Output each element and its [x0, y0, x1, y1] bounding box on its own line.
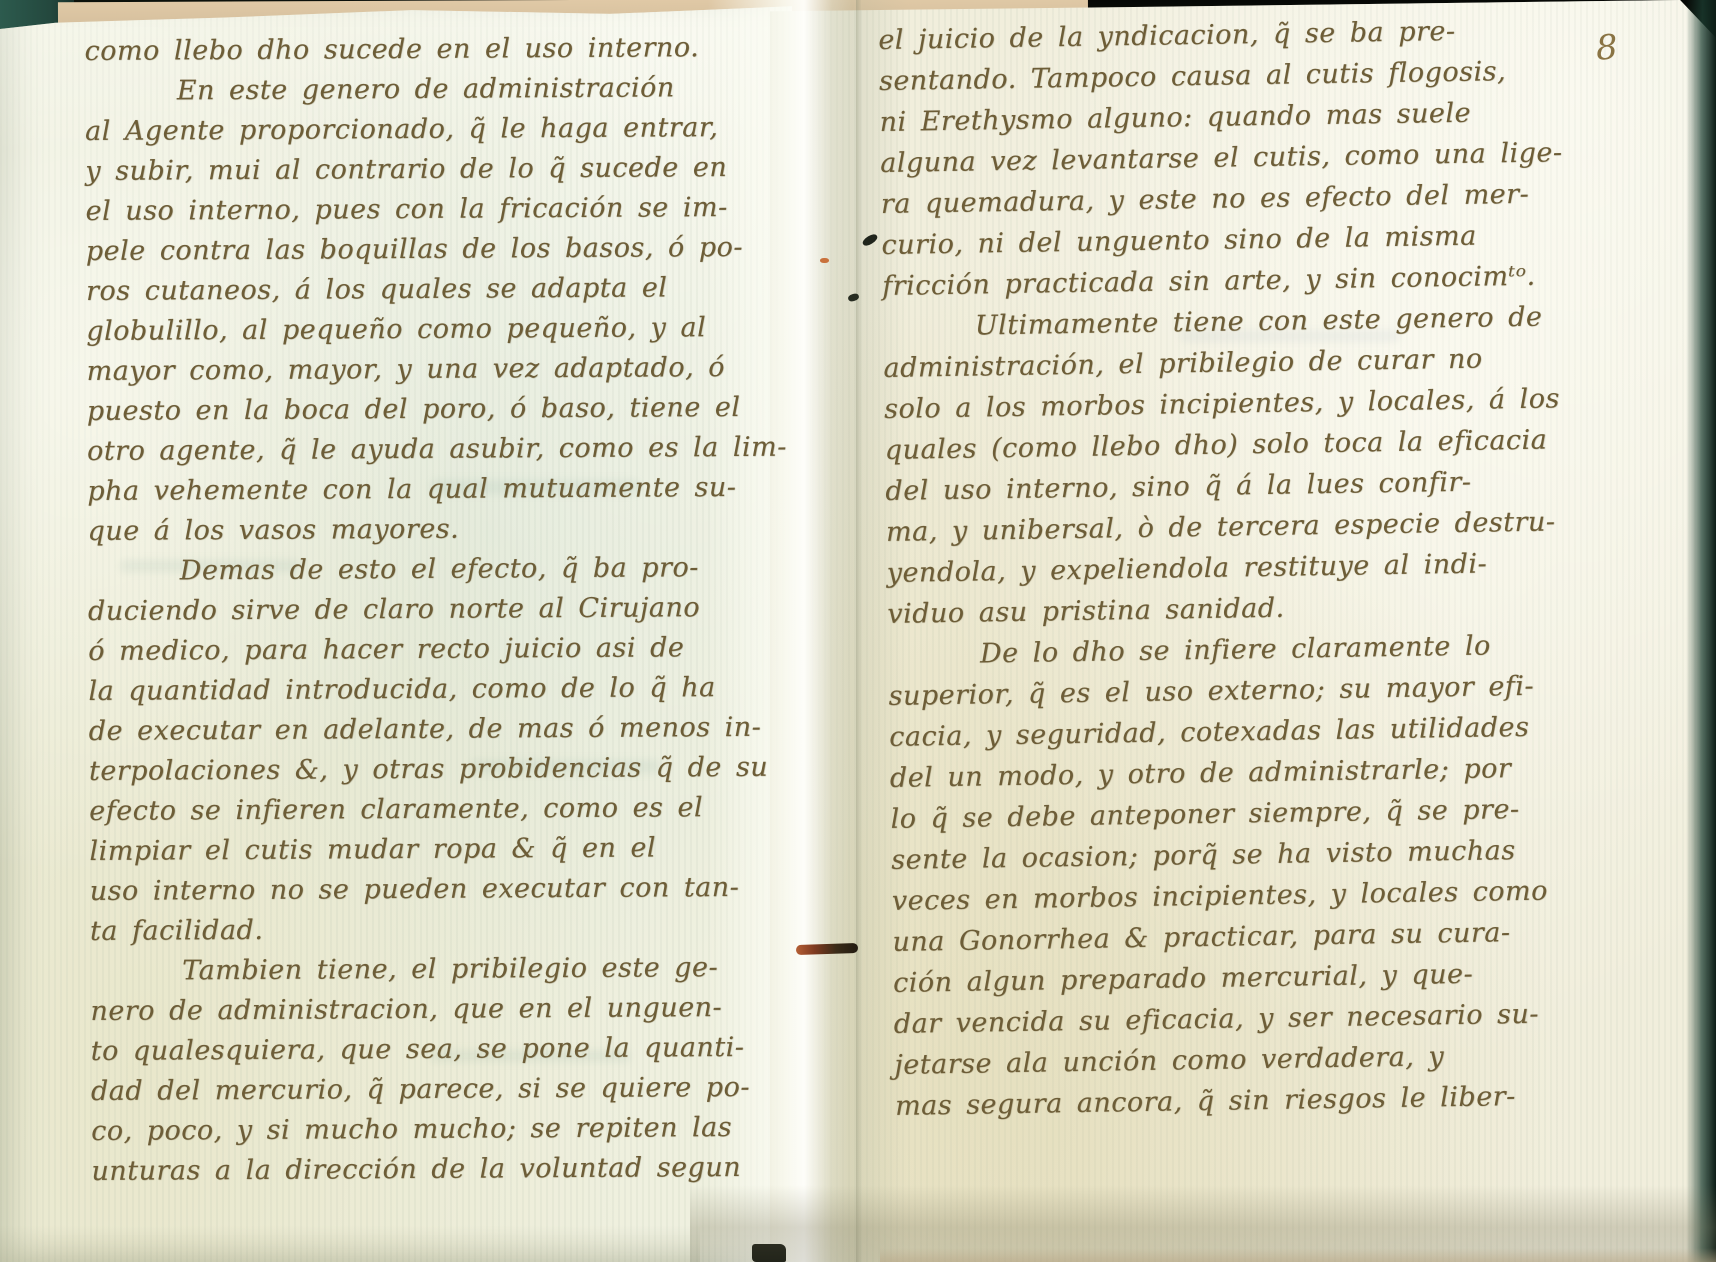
fold-crease — [856, 0, 861, 1262]
manuscript-line: mayor como, mayor, y una vez adaptado, ó — [86, 348, 726, 392]
manuscript-line: al Agente proporcionado, q̃ le haga entr… — [85, 108, 725, 152]
manuscript-line: Tambien tiene, el pribilegio este ge- — [90, 948, 730, 992]
manuscript-line: puesto en la boca del poro, ó baso, tien… — [87, 388, 727, 432]
manuscript-line: duciendo sirve de claro norte al Cirujan… — [88, 588, 728, 632]
manuscript-line: globulillo, al pequeño como pequeño, y a… — [86, 308, 726, 352]
left-page-text: como llebo dho sucede en el uso interno.… — [84, 28, 731, 1192]
manuscript-line: terpolaciones &, y otras probidencias q̃… — [89, 748, 729, 792]
manuscript-line: la quantidad introducida, como de lo q̃ … — [88, 668, 728, 712]
right-page-text: el juicio de la yndicacion, q̃ se ba pre… — [878, 10, 1535, 1127]
ink-smudge — [752, 1244, 786, 1262]
manuscript-line: ros cutaneos, á los quales se adapta el — [86, 268, 726, 312]
manuscript-line: ó medico, para hacer recto juicio asi de — [88, 628, 728, 672]
manuscript-line: y subir, mui al contrario de lo q̃ suced… — [85, 148, 725, 192]
manuscript-line: como llebo dho sucede en el uso interno. — [84, 28, 724, 72]
wax-speck — [820, 258, 829, 263]
manuscript-line: co, poco, y si mucho mucho; se repiten l… — [91, 1108, 731, 1152]
manuscript-line: limpiar el cutis mudar ropa & q̃ en el — [89, 828, 729, 872]
manuscript-line: ta facilidad. — [90, 908, 730, 952]
manuscript-line: to qualesquiera, que sea, se pone la qua… — [91, 1028, 731, 1072]
manuscript-line: otro agente, q̃ le ayuda asubir, como es… — [87, 428, 727, 472]
manuscript-line: dad del mercurio, q̃ parece, si se quier… — [91, 1068, 731, 1112]
manuscript-line: nero de administracion, que en el unguen… — [90, 988, 730, 1032]
manuscript-photograph: 8 como llebo dho sucede en el uso intern… — [0, 0, 1716, 1262]
manuscript-line: pha vehemente con la qual mutuamente su- — [87, 468, 727, 512]
manuscript-line: En este genero de administración — [85, 68, 725, 112]
underlying-page-edge-bottom — [880, 1248, 1716, 1262]
manuscript-line: de executar en adelante, de mas ó menos … — [89, 708, 729, 752]
page-number: 8 — [1595, 27, 1619, 68]
manuscript-line: que á los vasos mayores. — [87, 508, 727, 552]
manuscript-line: pele contra las boquillas de los basos, … — [86, 228, 726, 272]
right-edge-shadow — [1686, 0, 1716, 1262]
manuscript-line: Demas de esto el efecto, q̃ ba pro- — [88, 548, 728, 592]
manuscript-line: efecto se infieren claramente, como es e… — [89, 788, 729, 832]
manuscript-line: uso interno no se pueden executar con ta… — [90, 868, 730, 912]
manuscript-line: el uso interno, pues con la fricación se… — [85, 188, 725, 232]
manuscript-line: unturas a la dirección de la voluntad se… — [91, 1148, 731, 1192]
